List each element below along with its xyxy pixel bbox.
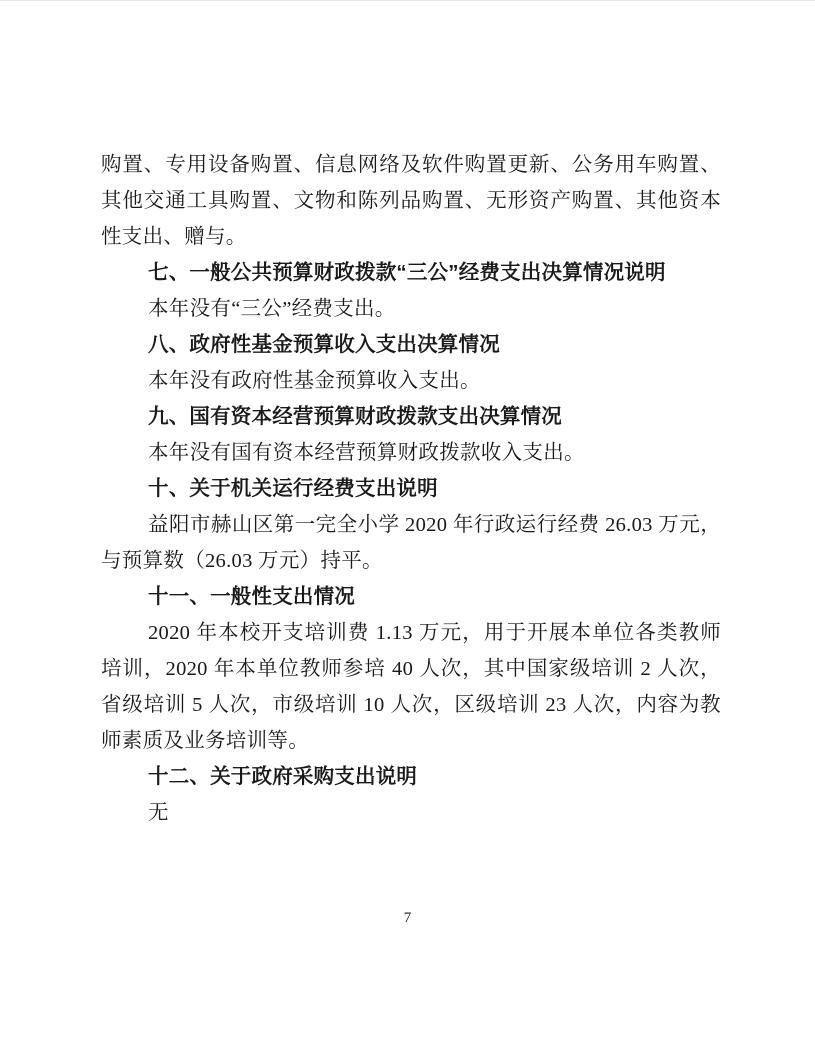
document-content: 购置、专用设备购置、信息网络及软件购置更新、公务用车购置、其他交通工具购置、文物… — [101, 147, 721, 831]
intro-continuation-paragraph: 购置、专用设备购置、信息网络及软件购置更新、公务用车购置、其他交通工具购置、文物… — [101, 147, 721, 255]
section-12-heading: 十二、关于政府采购支出说明 — [101, 759, 721, 795]
section-11-heading: 十一、一般性支出情况 — [101, 579, 721, 615]
document-page: 购置、专用设备购置、信息网络及软件购置更新、公务用车购置、其他交通工具购置、文物… — [0, 0, 815, 1055]
section-12-paragraph: 无 — [101, 795, 721, 831]
section-8-paragraph: 本年没有政府性基金预算收入支出。 — [101, 363, 721, 399]
section-7-heading: 七、一般公共预算财政拨款“三公”经费支出决算情况说明 — [101, 255, 721, 291]
section-10-paragraph: 益阳市赫山区第一完全小学 2020 年行政运行经费 26.03 万元，与预算数（… — [101, 507, 721, 579]
section-11-paragraph: 2020 年本校开支培训费 1.13 万元，用于开展本单位各类教师培训，2020… — [101, 615, 721, 759]
section-8-heading: 八、政府性基金预算收入支出决算情况 — [101, 327, 721, 363]
section-10-heading: 十、关于机关运行经费支出说明 — [101, 471, 721, 507]
section-7-paragraph: 本年没有“三公”经费支出。 — [101, 291, 721, 327]
section-9-paragraph: 本年没有国有资本经营预算财政拨款收入支出。 — [101, 435, 721, 471]
section-9-heading: 九、国有资本经营预算财政拨款支出决算情况 — [101, 399, 721, 435]
page-number: 7 — [0, 907, 815, 929]
